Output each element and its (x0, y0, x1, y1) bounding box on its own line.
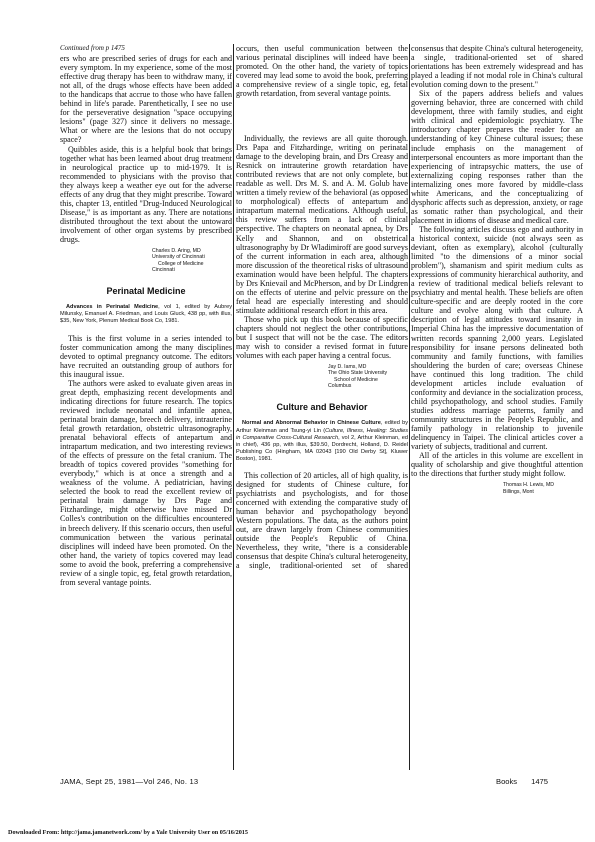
column-divider (233, 44, 234, 770)
journal-footer: JAMA, Sept 25, 1981—Vol 246, No. 13 (60, 777, 198, 786)
section-title-perinatal: Perinatal Medicine (60, 287, 232, 296)
section-title-culture: Culture and Behavior (236, 403, 408, 412)
review3-paragraph: All of the articles in this volume are e… (411, 451, 583, 478)
book-title: Normal and Abnormal Behavior in Chinese … (242, 420, 381, 426)
review2-paragraph: Those who pick up this book because of s… (236, 315, 408, 360)
reviewer-location: Columbus (328, 383, 408, 389)
reviewer-location: Cincinnati (152, 267, 232, 273)
review1-paragraph: ers who are prescribed series of drugs f… (60, 54, 232, 144)
review1-signature: Charles D. Aring, MD University of Cinci… (152, 248, 232, 273)
page-footer: Books1475 (496, 777, 548, 786)
book-title: Advances in Perinatal Medicine (66, 304, 158, 310)
review2-paragraph: Individually, the reviews are all quite … (236, 134, 408, 315)
review3-paragraph-continued: consensus that despite China's cultural … (411, 44, 583, 89)
review2-paragraph: This is the first volume in a series int… (60, 334, 232, 379)
column-2: occurs, then useful communication betwee… (236, 44, 408, 571)
review3-signature: Thomas H. Lewis, MD Billings, Mont (503, 482, 583, 495)
review2-paragraph: The authors were asked to evaluate given… (60, 379, 232, 612)
continued-label: Continued from p 1475 (60, 44, 232, 53)
review2-signature: Jay D. Iams, MD The Ohio State Universit… (328, 364, 408, 389)
download-notice: Downloaded From: http://jama.jamanetwork… (8, 829, 248, 836)
review3-paragraph: This collection of 20 articles, all of h… (236, 471, 408, 571)
review3-citation: Normal and Abnormal Behavior in Chinese … (236, 420, 408, 463)
page-number: 1475 (531, 777, 548, 786)
review3-paragraph: Six of the papers address beliefs and va… (411, 89, 583, 225)
column-1: Continued from p 1475 ers who are prescr… (60, 44, 232, 612)
column-divider (409, 44, 410, 770)
journal-page: Continued from p 1475 ers who are prescr… (0, 0, 595, 842)
section-name: Books (496, 777, 517, 786)
review3-paragraph: The following articles discuss ego and a… (411, 225, 583, 451)
review1-paragraph: Quibbles aside, this is a helpful book t… (60, 145, 232, 245)
reviewer-location: Billings, Mont (503, 489, 583, 495)
review2-paragraph-continued: occurs, then useful communication betwee… (236, 44, 408, 134)
review2-citation: Advances in Perinatal Medicine, vol 1, e… (60, 304, 232, 325)
column-3: consensus that despite China's cultural … (411, 44, 583, 499)
